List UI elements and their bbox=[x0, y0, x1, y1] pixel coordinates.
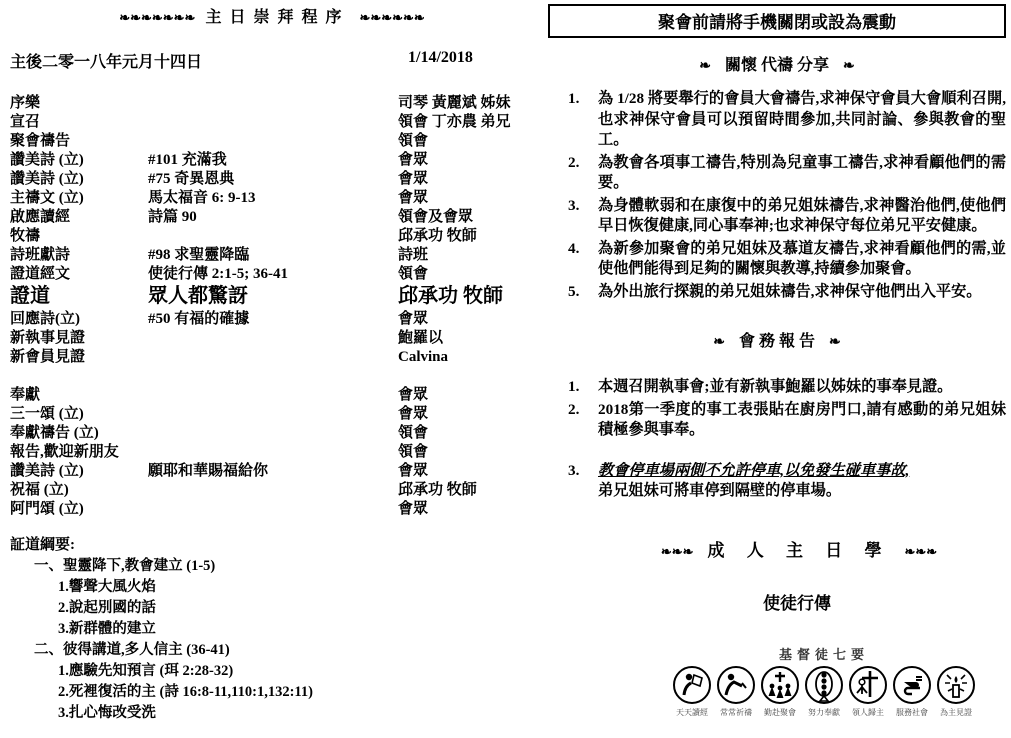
care-item: 5. 為外出旅行探親的弟兄姐妹禱告,求神保守他們出入平安。 bbox=[548, 282, 1006, 303]
program-row: 序樂 司琴 黃麗斌 姊妹 bbox=[10, 94, 534, 113]
program-item: 聚會禱告 bbox=[10, 132, 148, 150]
outline-line: 1.響聲大風火焰 bbox=[10, 577, 534, 598]
announcements-page: 聚會前請將手機關閉或設為震動 ❧關懷 代禱 分享❧ 1. 為 1/28 將要舉行… bbox=[548, 4, 1006, 718]
program-item: 新執事見證 bbox=[10, 329, 148, 347]
item-text-rest: 2018第一季度的事工表張貼在廚房門口,請有感動的弟兄姐妹積極參與事奉。 bbox=[598, 401, 1006, 439]
program-role: Calvina bbox=[398, 348, 534, 366]
logo-title: 基督徒七要 bbox=[664, 644, 984, 663]
program-detail: #101 充滿我 bbox=[148, 151, 398, 169]
program-role: 會眾 bbox=[398, 170, 534, 188]
prayer-icon bbox=[716, 665, 756, 705]
program-item: 新會員見證 bbox=[10, 348, 148, 366]
item-number: 3. bbox=[568, 461, 598, 502]
program-item: 阿門頌 (立) bbox=[10, 500, 148, 518]
program-role: 會眾 bbox=[398, 151, 534, 169]
program-role: 會眾 bbox=[398, 189, 534, 207]
item-text: 為新參加聚會的弟兄姐妹及慕道友禱告,求神看顧他們的需,並使他們能得到足夠的關懷與… bbox=[598, 239, 1006, 280]
offering-fish-coins-icon bbox=[804, 665, 844, 705]
fleuron-chain-left-icon: ❧❧❧❧❧❧❧ bbox=[119, 10, 195, 25]
fleuron-icon: ❧ bbox=[829, 59, 869, 74]
date-chinese: 主後二零一八年元月十四日 bbox=[10, 49, 408, 72]
program-item: 牧禱 bbox=[10, 227, 148, 245]
program-item: 奉獻 bbox=[10, 386, 148, 404]
program-row: 新會員見證 Calvina bbox=[10, 348, 534, 367]
fleuron-icon: ❧ bbox=[815, 335, 855, 350]
serving-hands-icon bbox=[892, 665, 932, 705]
program-row: 讚美詩 (立) #75 奇異恩典 會眾 bbox=[10, 170, 534, 189]
program-role: 鮑羅以 bbox=[398, 329, 534, 347]
lead-to-christ-icon bbox=[848, 665, 888, 705]
date-row: 主後二零一八年元月十四日 1/14/2018 bbox=[10, 49, 534, 72]
report-list: 1. 本週召開執事會;並有新執事鮑羅以姊妹的事奉見證。 2. 2018第一季度的… bbox=[548, 377, 1006, 502]
item-number: 2. bbox=[568, 400, 598, 441]
sunday-school-heading: ❧❧❧成 人 主 日 學❧❧❧ bbox=[548, 536, 1006, 561]
program-row: 讚美詩 (立) 願耶和華賜福給你 會眾 bbox=[10, 462, 534, 481]
program-item: 讚美詩 (立) bbox=[10, 462, 148, 480]
care-item: 2. 為教會各項事工禱告,特別為兒童事工禱告,求神看顧他們的需要。 bbox=[548, 153, 1006, 194]
program-detail: #75 奇異恩典 bbox=[148, 170, 398, 188]
program-row: 回應詩(立) #50 有福的確據 會眾 bbox=[10, 310, 534, 329]
item-text: 教會停車場兩側不允許停車,以免發生碰車事故,弟兄姐妹可將車停到隔壁的停車場。 bbox=[598, 461, 1006, 502]
report-item: 2. 2018第一季度的事工表張貼在廚房門口,請有感動的弟兄姐妹積極參與事奉。 bbox=[548, 400, 1006, 441]
program-role: 會眾 bbox=[398, 462, 534, 480]
program-row: 新執事見證 鮑羅以 bbox=[10, 329, 534, 348]
outline-line: 一、聖靈降下,教會建立 (1-5) bbox=[10, 556, 534, 577]
program-row: 啟應讀經 詩篇 90 領會及會眾 bbox=[10, 208, 534, 227]
program-detail: #50 有福的確據 bbox=[148, 310, 398, 328]
sermon-outline-lines: 一、聖靈降下,教會建立 (1-5)1.響聲大風火焰2.說起別國的話3.新群體的建… bbox=[10, 556, 534, 724]
item-text-rest: 弟兄姐妹可將車停到隔壁的停車場。 bbox=[598, 482, 841, 499]
program-role: 會眾 bbox=[398, 310, 534, 328]
program-row: 宣召 領會 丁亦農 弟兄 bbox=[10, 113, 534, 132]
program-row: 證道 眾人都驚訝 邱承功 牧師 bbox=[10, 284, 534, 310]
program-row: 報告,歡迎新朋友 領會 bbox=[10, 443, 534, 462]
sermon-outline-heading: 証道綱要: bbox=[10, 535, 534, 556]
program-role: 領會 bbox=[398, 424, 534, 442]
program-detail: 眾人都驚訝 bbox=[148, 284, 398, 308]
program-item: 證道 bbox=[10, 284, 148, 308]
program-role: 會眾 bbox=[398, 500, 534, 518]
program-item: 證道經文 bbox=[10, 265, 148, 283]
report-title-text: 會 務 報 告 bbox=[739, 333, 815, 350]
program-row: 主禱文 (立) 馬太福音 6: 9-13 會眾 bbox=[10, 189, 534, 208]
item-number: 5. bbox=[568, 282, 598, 303]
item-text: 為身體軟弱和在康復中的弟兄姐妹禱告,求神醫治他們,使他們早日恢復健康,同心事奉神… bbox=[598, 196, 1006, 237]
program-row: 三一頌 (立) 會眾 bbox=[10, 405, 534, 424]
program-item: 啟應讀經 bbox=[10, 208, 148, 226]
report-section-title: ❧會 務 報 告❧ bbox=[548, 328, 1006, 351]
logo-icons-row: 天天讀經 常常祈禱 勤赴聚會 努力奉獻 bbox=[664, 665, 984, 718]
program-role: 邱承功 牧師 bbox=[398, 227, 534, 245]
care-section-title: ❧關懷 代禱 分享❧ bbox=[548, 52, 1006, 75]
program-detail: 使徒行傳 2:1-5; 36-41 bbox=[148, 265, 398, 283]
program-role: 詩班 bbox=[398, 246, 534, 264]
program-row: 阿門頌 (立) 會眾 bbox=[10, 500, 534, 519]
logo-label: 領人歸主 bbox=[852, 707, 884, 718]
program-row: 牧禱 邱承功 牧師 bbox=[10, 227, 534, 246]
outline-line: 3.新群體的建立 bbox=[10, 619, 534, 640]
program-role: 司琴 黃麗斌 姊妹 bbox=[398, 94, 534, 112]
program-role: 邱承功 牧師 bbox=[398, 284, 534, 308]
sunday-school-topic: 使徒行傳 bbox=[548, 589, 1006, 614]
item-text: 為 1/28 將要舉行的會員大會禱告,求神保守會員大會順利召開,也求神保守會員可… bbox=[598, 89, 1006, 151]
report-item: 3. 教會停車場兩側不允許停車,以免發生碰車事故,弟兄姐妹可將車停到隔壁的停車場… bbox=[548, 461, 1006, 502]
christian-seven-essentials-logo: 基督徒七要 天天讀經 常常祈禱 勤赴聚會 bbox=[664, 644, 984, 718]
program-item: 宣召 bbox=[10, 113, 148, 131]
program-row bbox=[10, 367, 534, 386]
phone-notice-box: 聚會前請將手機關閉或設為震動 bbox=[548, 4, 1006, 38]
program-detail: 詩篇 90 bbox=[148, 208, 398, 226]
parking-warning-emphasis: 教會停車場兩側不允許停車,以免發生碰車事故, bbox=[598, 461, 1006, 482]
program-role: 邱承功 牧師 bbox=[398, 481, 534, 499]
outline-line: 二、彼得講道,多人信主 (36-41) bbox=[10, 640, 534, 661]
sermon-outline: 証道綱要: 一、聖靈降下,教會建立 (1-5)1.響聲大風火焰2.說起別國的話3… bbox=[10, 535, 534, 724]
logo-item: 努力奉獻 bbox=[802, 665, 846, 718]
fleuron-icon: ❧ bbox=[685, 59, 725, 74]
program-row: 聚會禱告 領會 bbox=[10, 132, 534, 151]
read-bible-icon bbox=[672, 665, 712, 705]
item-text: 2018第一季度的事工表張貼在廚房門口,請有感動的弟兄姐妹積極參與事奉。 bbox=[598, 400, 1006, 441]
logo-label: 服務社會 bbox=[896, 707, 928, 718]
item-text: 為外出旅行探親的弟兄姐妹禱告,求神保守他們出入平安。 bbox=[598, 282, 1006, 303]
program-item: 報告,歡迎新朋友 bbox=[10, 443, 148, 461]
sunday-school-title: 成 人 主 日 學 bbox=[694, 541, 905, 560]
program-role: 會眾 bbox=[398, 405, 534, 423]
logo-label: 勤赴聚會 bbox=[764, 707, 796, 718]
fleuron-chain-right-icon: ❧❧❧❧❧❧ bbox=[359, 10, 424, 25]
program-detail: 馬太福音 6: 9-13 bbox=[148, 189, 398, 207]
date-numeric: 1/14/2018 bbox=[408, 49, 534, 72]
fleuron-chain-left-icon: ❧❧❧ bbox=[661, 544, 694, 559]
worship-order-title: 主日崇拜程序 bbox=[195, 9, 359, 26]
fleuron-icon: ❧ bbox=[699, 335, 739, 350]
page-title: ❧❧❧❧❧❧❧主日崇拜程序❧❧❧❧❧❧ bbox=[10, 4, 534, 27]
program-role: 領會 bbox=[398, 443, 534, 461]
care-item: 3. 為身體軟弱和在康復中的弟兄姐妹禱告,求神醫治他們,使他們早日恢復健康,同心… bbox=[548, 196, 1006, 237]
logo-item: 勤赴聚會 bbox=[758, 665, 802, 718]
logo-label: 為主見證 bbox=[940, 707, 972, 718]
logo-item: 領人歸主 bbox=[846, 665, 890, 718]
item-text-rest: 本週召開執事會;並有新執事鮑羅以姊妹的事奉見證。 bbox=[598, 378, 952, 395]
logo-label: 常常祈禱 bbox=[720, 707, 752, 718]
program-role: 領會 bbox=[398, 265, 534, 283]
program-item: 詩班獻詩 bbox=[10, 246, 148, 264]
care-list: 1. 為 1/28 將要舉行的會員大會禱告,求神保守會員大會順利召開,也求神保守… bbox=[548, 89, 1006, 302]
program-role: 領會 bbox=[398, 132, 534, 150]
program-row: 讚美詩 (立) #101 充滿我 會眾 bbox=[10, 151, 534, 170]
item-text: 為教會各項事工禱告,特別為兒童事工禱告,求神看顧他們的需要。 bbox=[598, 153, 1006, 194]
program-item: 奉獻禱告 (立) bbox=[10, 424, 148, 442]
program-item: 回應詩(立) bbox=[10, 310, 148, 328]
program-row: 證道經文 使徒行傳 2:1-5; 36-41 領會 bbox=[10, 265, 534, 284]
program-row: 詩班獻詩 #98 求聖靈降臨 詩班 bbox=[10, 246, 534, 265]
care-item: 4. 為新參加聚會的弟兄姐妹及慕道友禱告,求神看顧他們的需,並使他們能得到足夠的… bbox=[548, 239, 1006, 280]
item-text: 本週召開執事會;並有新執事鮑羅以姊妹的事奉見證。 bbox=[598, 377, 1006, 398]
program-detail: 願耶和華賜福給你 bbox=[148, 462, 398, 480]
program-row: 奉獻 會眾 bbox=[10, 386, 534, 405]
outline-line: 1.應驗先知預言 (珥 2:28-32) bbox=[10, 661, 534, 682]
program-role: 領會及會眾 bbox=[398, 208, 534, 226]
program-item: 主禱文 (立) bbox=[10, 189, 148, 207]
outline-line: 3.扎心悔改受洗 bbox=[10, 703, 534, 724]
logo-label: 努力奉獻 bbox=[808, 707, 840, 718]
program-role: 領會 丁亦農 弟兄 bbox=[398, 113, 534, 131]
item-number: 2. bbox=[568, 153, 598, 194]
witness-candle-icon bbox=[936, 665, 976, 705]
order-of-service: 序樂 司琴 黃麗斌 姊妹 宣召 領會 丁亦農 弟兄 聚會禱告 領會 讚美詩 (立… bbox=[10, 94, 534, 519]
program-item: 讚美詩 (立) bbox=[10, 170, 148, 188]
worship-order-page: ❧❧❧❧❧❧❧主日崇拜程序❧❧❧❧❧❧ 主後二零一八年元月十四日 1/14/20… bbox=[10, 4, 534, 724]
program-item: 序樂 bbox=[10, 94, 148, 112]
logo-item: 服務社會 bbox=[890, 665, 934, 718]
care-item: 1. 為 1/28 將要舉行的會員大會禱告,求神保守會員大會順利召開,也求神保守… bbox=[548, 89, 1006, 151]
congregation-cross-icon bbox=[760, 665, 800, 705]
fleuron-chain-right-icon: ❧❧❧ bbox=[905, 544, 938, 559]
item-number: 1. bbox=[568, 377, 598, 398]
logo-label: 天天讀經 bbox=[676, 707, 708, 718]
item-number: 1. bbox=[568, 89, 598, 151]
logo-item: 常常祈禱 bbox=[714, 665, 758, 718]
item-number: 3. bbox=[568, 196, 598, 237]
program-item: 祝福 (立) bbox=[10, 481, 148, 499]
outline-line: 2.說起別國的話 bbox=[10, 598, 534, 619]
program-row: 奉獻禱告 (立) 領會 bbox=[10, 424, 534, 443]
outline-line: 2.死裡復活的主 (詩 16:8-11,110:1,132:11) bbox=[10, 682, 534, 703]
item-number: 4. bbox=[568, 239, 598, 280]
logo-item: 為主見證 bbox=[934, 665, 978, 718]
care-title-text: 關懷 代禱 分享 bbox=[725, 57, 829, 74]
program-detail: #98 求聖靈降臨 bbox=[148, 246, 398, 264]
program-role: 會眾 bbox=[398, 386, 534, 404]
report-item: 1. 本週召開執事會;並有新執事鮑羅以姊妹的事奉見證。 bbox=[548, 377, 1006, 398]
program-item: 三一頌 (立) bbox=[10, 405, 148, 423]
program-row: 祝福 (立) 邱承功 牧師 bbox=[10, 481, 534, 500]
logo-item: 天天讀經 bbox=[670, 665, 714, 718]
program-item: 讚美詩 (立) bbox=[10, 151, 148, 169]
